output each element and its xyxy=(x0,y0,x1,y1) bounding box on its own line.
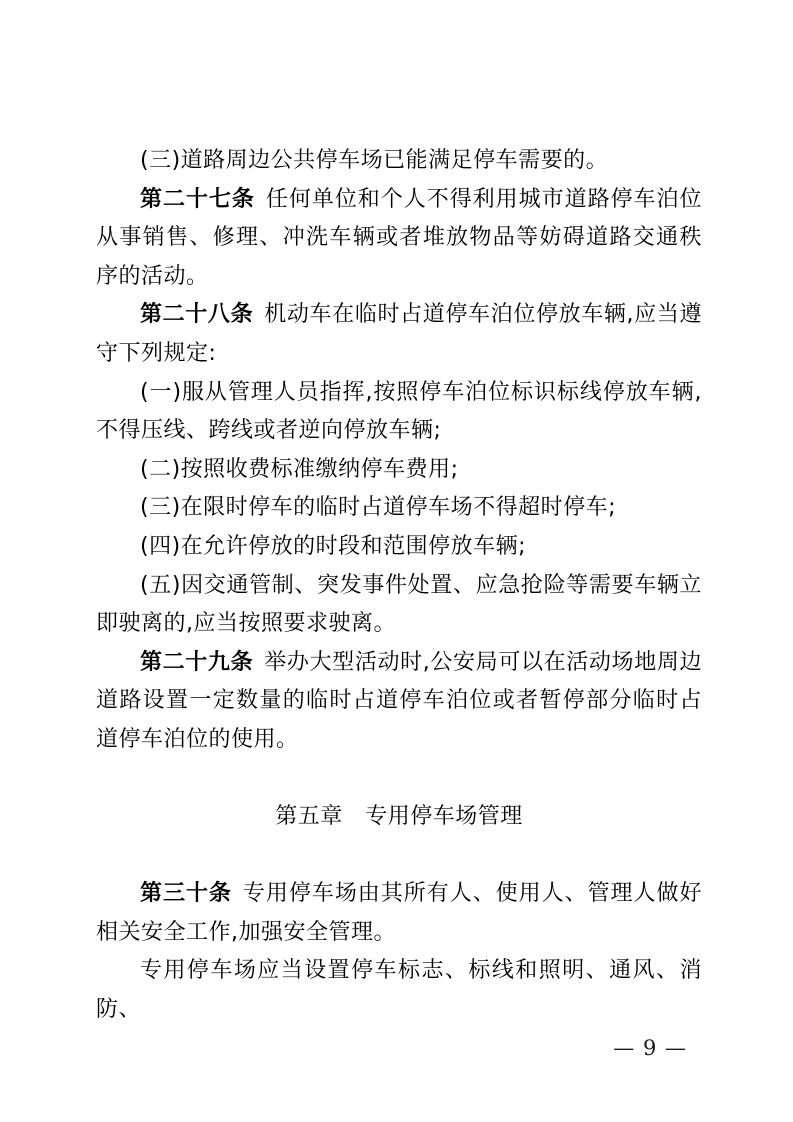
list-item-3-time-limit: (三)在限时停车的临时占道停车场不得超时停车; xyxy=(96,489,702,528)
page-number: — 9 — xyxy=(613,1036,687,1060)
article-30-number: 第三十条 xyxy=(140,881,232,906)
list-item-2-pay-fees: (二)按照收费标准缴纳停车费用; xyxy=(96,451,702,490)
article-29-number: 第二十九条 xyxy=(140,650,253,675)
paragraph-text: 专用停车场应当设置停车标志、标线和照明、通风、消防、 xyxy=(96,958,702,1022)
paragraph-text: (四)在允许停放的时段和范围停放车辆; xyxy=(140,534,526,559)
article-27-paragraph: 第二十七条任何单位和个人不得利用城市道路停车泊位从事销售、修理、冲洗车辆或者堆放… xyxy=(96,181,702,297)
list-item-4-allowed-period: (四)在允许停放的时段和范围停放车辆; xyxy=(96,528,702,567)
paragraph-text: (二)按照收费标准缴纳停车费用; xyxy=(140,457,459,482)
list-item-3-road-parking: (三)道路周边公共停车场已能满足停车需要的。 xyxy=(96,142,702,181)
article-28-paragraph: 第二十八条机动车在临时占道停车泊位停放车辆,应当遵守下列规定: xyxy=(96,296,702,373)
list-item-5-emergency-leave: (五)因交通管制、突发事件处置、应急抢险等需要车辆立即驶离的,应当按照要求驶离。 xyxy=(96,567,702,644)
paragraph-text: (五)因交通管制、突发事件处置、应急抢险等需要车辆立即驶离的,应当按照要求驶离。 xyxy=(96,573,702,637)
article-27-number: 第二十七条 xyxy=(140,187,255,212)
article-30-continuation: 专用停车场应当设置停车标志、标线和照明、通风、消防、 xyxy=(96,952,702,1029)
article-30-paragraph: 第三十条专用停车场由其所有人、使用人、管理人做好相关安全工作,加强安全管理。 xyxy=(96,875,702,952)
document-body: (三)道路周边公共停车场已能满足停车需要的。 第二十七条任何单位和个人不得利用城… xyxy=(96,142,702,1030)
article-29-paragraph: 第二十九条举办大型活动时,公安局可以在活动场地周边道路设置一定数量的临时占道停车… xyxy=(96,644,702,760)
article-28-number: 第二十八条 xyxy=(140,302,253,327)
chapter-5-heading: 第五章 专用停车场管理 xyxy=(96,798,702,837)
paragraph-text: (三)在限时停车的临时占道停车场不得超时停车; xyxy=(140,495,616,520)
list-item-1-obey-direction: (一)服从管理人员指挥,按照停车泊位标识标线停放车辆,不得压线、跨线或者逆向停放… xyxy=(96,374,702,451)
paragraph-text: (三)道路周边公共停车场已能满足停车需要的。 xyxy=(140,148,608,173)
document-page: (三)道路周边公共停车场已能满足停车需要的。 第二十七条任何单位和个人不得利用城… xyxy=(0,0,793,1122)
paragraph-text: (一)服从管理人员指挥,按照停车泊位标识标线停放车辆,不得压线、跨线或者逆向停放… xyxy=(96,380,702,444)
